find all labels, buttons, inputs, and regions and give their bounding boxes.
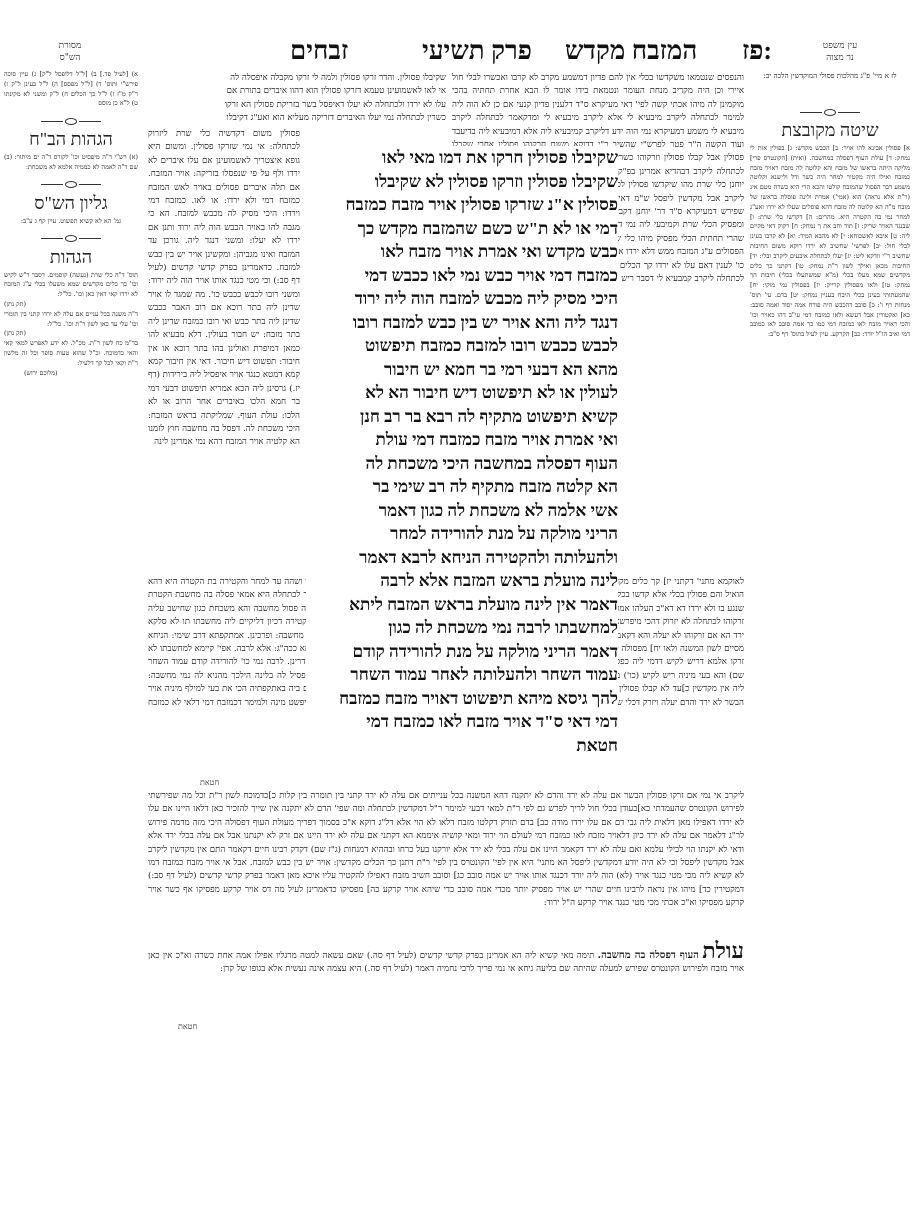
gemara-line: לכבש ככבש רובו למזבח כמזבח תיפשוט xyxy=(306,334,618,358)
rashi-line: אי לאו לאשמועינן טעמא דזרקו פסולין הוא ד… xyxy=(148,85,446,98)
ein-mishpat-label-line1: עין משפט xyxy=(800,40,880,52)
ornamental-divider xyxy=(4,115,138,127)
mesoret-hashas-text: א) [לעיל פד.] ב) [ל"ל דלופסל ל"ק] ג) עיי… xyxy=(4,70,138,109)
hagahot-para: בד"מ כח לשון ר"ת. מכ"ל. לא ידע לאפרש למא… xyxy=(4,339,138,368)
hagahot-habach-text: (א) רש"י ד"ה מיפסיט וכו' לקורס ד"ה ים מי… xyxy=(4,153,138,173)
tosafot-olat-haof: עולת העוף דפסלה בה מחשבה. תימה מאי קשיא … xyxy=(148,944,744,977)
ornamental-divider xyxy=(750,106,910,118)
gemara-line: ואי אמרת אויר מזבח כמזבח דמי עולת xyxy=(306,428,618,452)
shita-mekubetzet-text: א] פסולין אבינא להו אויר: ב] הכבש מקדש: … xyxy=(750,144,910,340)
hagahot-habach-title: הגהות הב"ח xyxy=(4,129,138,150)
mesoret-label-line2: הש"ס xyxy=(40,52,100,64)
shita-mekubetzet-title: שיטה מקובצת xyxy=(750,120,910,141)
chapter-number-title: פרק תשיעי xyxy=(422,36,532,66)
shita-mekubetzet-section: שיטה מקובצת א] פסולין אבינא להו אויר: ב]… xyxy=(750,100,910,340)
gemara-line: ולהעלותה ולהקטירה הניחא לרבא דאמר xyxy=(306,546,618,570)
gemara-line: קשיא תיפשוט מתקיף לה רבא בר רב חנן xyxy=(306,405,618,429)
gemara-line: עמוד השחר ולהעלותה לאחר עמוד השחר xyxy=(306,663,618,687)
hagahot-attribution: (תק נתן) xyxy=(4,300,138,310)
tosafot-full-width: ליקרב אי נמי אם זרקו פסולין הבשר אם עלה … xyxy=(148,790,744,940)
gemara-line: כמזבח דמי אויר כבש נמי לאו ככבש דמי xyxy=(306,264,618,288)
gemara-line: הריני מולקה על מנת להורידה למחר xyxy=(306,522,618,546)
gemara-line: מהא הא דבעי רמי בר חמא יש חיבור xyxy=(306,358,618,382)
gemara-line: למחשבתו לרבה נמי משכחת לה כגון xyxy=(306,616,618,640)
hagahot-para: תוס' ד"ה כלי שרת (נעשה) קוסמים. דסבר ר"ש… xyxy=(4,271,138,300)
daf-number: פז: xyxy=(742,36,772,66)
gemara-line: לעולין או לא תיפשוט דיש חיבור הא לא xyxy=(306,381,618,405)
gemara-line: היכי מסיק ליה מכבש למזבח הוה ליה ירוד xyxy=(306,287,618,311)
gemara-line: הא קלטה מזבח מתקיף לה רב שימי בר xyxy=(306,475,618,499)
ornamental-divider xyxy=(4,179,138,191)
gemara-line: דאמר אין לינה מועלת בראש המזבח ליתא xyxy=(306,593,618,617)
gemara-line: שקיבלו פסולין חרקו את דמו מאי לאו xyxy=(306,146,618,170)
dibbur-initial-word: עולת xyxy=(702,938,744,963)
chapter-name-title: המזבח מקדש xyxy=(565,36,697,66)
gemara-line: דנגד ליה והא אויר יש בין כבש למזבח רובו xyxy=(306,311,618,335)
tractate-title: זבחים xyxy=(290,36,348,66)
gemara-line: אשי אלמה לא משכחת לה כגון דאמר xyxy=(306,499,618,523)
gemara-line: לינה מועלת בראש המזבח אלא לרבה xyxy=(306,569,618,593)
gemara-line: דמי דאי ס"ד אויר מזבח לאו כמזבח דמי xyxy=(306,710,618,734)
ein-mishpat-entry: לז א מיי' פ"ג מהלכות פסולי המוקדשין הלכה… xyxy=(750,70,910,82)
hagahot-para: ד"ה משנה בכל עניים אם עלה לא ירדו קתני ב… xyxy=(4,310,138,330)
gemara-main-text: שקיבלו פסולין חרקו את דמו מאי לאו שקיבלו… xyxy=(306,146,618,757)
gemara-last-word: חטאת xyxy=(306,734,618,758)
gemara-line: להך גיסא מיהא תיפשוט דאויר מזבח כמזבח xyxy=(306,687,618,711)
mesoret-hashas-label: מסורת הש"ס xyxy=(40,40,100,64)
gemara-line: העוף דפסלה במחשבה היכי משכחת לה xyxy=(306,452,618,476)
rashi-line: כשרין לכתחלה נמי יעלו האיברים דזריקה מעל… xyxy=(148,112,446,125)
gilyon-hashas-text: גמ' הא לא קשיא תפשוט. עיין קף ג ע"ב: xyxy=(4,217,138,227)
gemara-line: דמי או לא ת"ש כשם שהמזבח מקדש כך xyxy=(306,217,618,241)
left-margin: א) [לעיל פד.] ב) [ל"ל דלופסל ל"ק] ג) עיי… xyxy=(4,70,138,378)
rashi-line: עלו לא ירדו ולכתחלה לא יעלו דאיפסל בשר ב… xyxy=(148,99,446,112)
gemara-line: פסולין א"נ שזרקו פסולין אויר מזבח כמזבח xyxy=(306,193,618,217)
rashi-line: שקיבלו פסולין. והדר זרקו פסולין ולמה לי … xyxy=(148,72,446,85)
hagahot-title: הגהות xyxy=(4,247,138,268)
ein-mishpat-label: עין משפט נר מצוה xyxy=(800,40,880,64)
rashi-signoff: חטאת xyxy=(200,778,219,787)
hagahot-attribution: (תק נתן) xyxy=(4,329,138,339)
gilyon-hashas-title: גליון הש"ס xyxy=(4,193,138,214)
gemara-line: דאמר הריני מולקה על מנת להורידה קודם xyxy=(306,640,618,664)
rashi-column: פסולין משום דקדשיה כלי שרת ליזרוק לכתחלה… xyxy=(148,128,300,568)
ornamental-divider xyxy=(4,233,138,245)
dibbur-hamatchil: העוף דפסלה בה מחשבה. xyxy=(598,950,699,961)
gemara-line: שקיבלו פסולין וזרקו פסולין לא שקיבלו xyxy=(306,170,618,194)
gemara-line: כבש מקדש ואי אמרת אויר מזבח לאו xyxy=(306,240,618,264)
hagahot-attribution: (מלוכם ירוש) xyxy=(4,369,138,379)
ein-mishpat-label-line2: נר מצוה xyxy=(800,52,880,64)
mesoret-label-line1: מסורת xyxy=(40,40,100,52)
page-catchword: חטאת xyxy=(178,1022,197,1031)
rashi-top-block: שקיבלו פסולין. והדר זרקו פסולין ולמה לי … xyxy=(148,72,446,126)
